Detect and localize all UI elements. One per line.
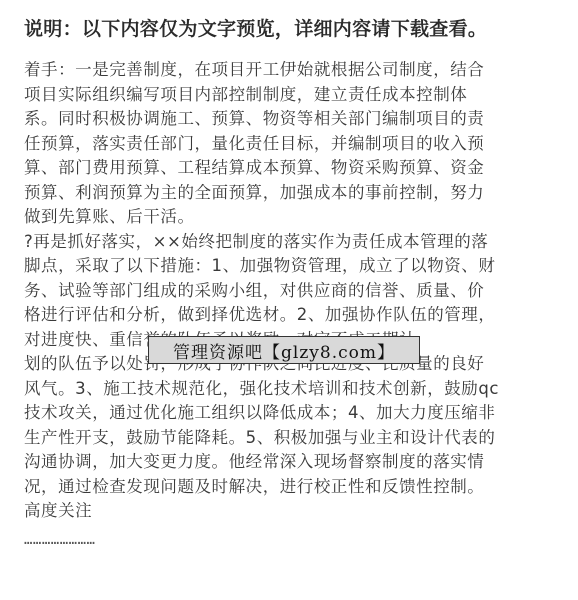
- body-line: 做到先算账、后干活。: [24, 205, 554, 230]
- body-line: 生产性开支，鼓励节能降耗。5、积极加强与业主和设计代表的: [24, 426, 554, 451]
- body-line: 任预算，落实责任部门，量化责任目标，并编制项目的收入预: [24, 132, 554, 157]
- body-line: 况，通过检查发现问题及时解决，进行校正性和反馈性控制。: [24, 475, 554, 500]
- document-body: 着手：一是完善制度，在项目开工伊始就根据公司制度，结合 项目实际组织编写项目内部…: [24, 58, 554, 524]
- body-line: 系。同时积极协调施工、预算、物资等相关部门编制项目的责: [24, 107, 554, 132]
- body-line: 沟通协调，加大变更力度。他经常深入现场督察制度的落实情: [24, 450, 554, 475]
- body-line: 脚点，采取了以下措施：1、加强物资管理，成立了以物资、财: [24, 254, 554, 279]
- watermark-banner: 管理资源吧【glzy8.com】: [148, 336, 420, 364]
- body-line: 格进行评估和分析，做到择优选材。2、加强协作队伍的管理，: [24, 303, 554, 328]
- body-line: 算、部门费用预算、工程结算成本预算、物资采购预算、资金: [24, 156, 554, 181]
- body-line: 着手：一是完善制度，在项目开工伊始就根据公司制度，结合: [24, 58, 554, 83]
- body-line: 预算、利润预算为主的全面预算，加强成本的事前控制，努力: [24, 181, 554, 206]
- body-line: 风气。3、施工技术规范化，强化技术培训和技术创新，鼓励qc: [24, 377, 554, 402]
- preview-notice: 说明：以下内容仅为文字预览，详细内容请下载查看。: [24, 16, 487, 42]
- body-line: ?再是抓好落实，××始终把制度的落实作为责任成本管理的落: [24, 230, 554, 255]
- body-line: 项目实际组织编写项目内部控制制度，建立责任成本控制体: [24, 83, 554, 108]
- body-line: 务、试验等部门组成的采购小组，对供应商的信誉、质量、价: [24, 279, 554, 304]
- body-line: 高度关注: [24, 499, 554, 524]
- body-line: 技术攻关，通过优化施工组织以降低成本；4、加大力度压缩非: [24, 401, 554, 426]
- continuation-ellipsis: ……………………: [24, 532, 95, 548]
